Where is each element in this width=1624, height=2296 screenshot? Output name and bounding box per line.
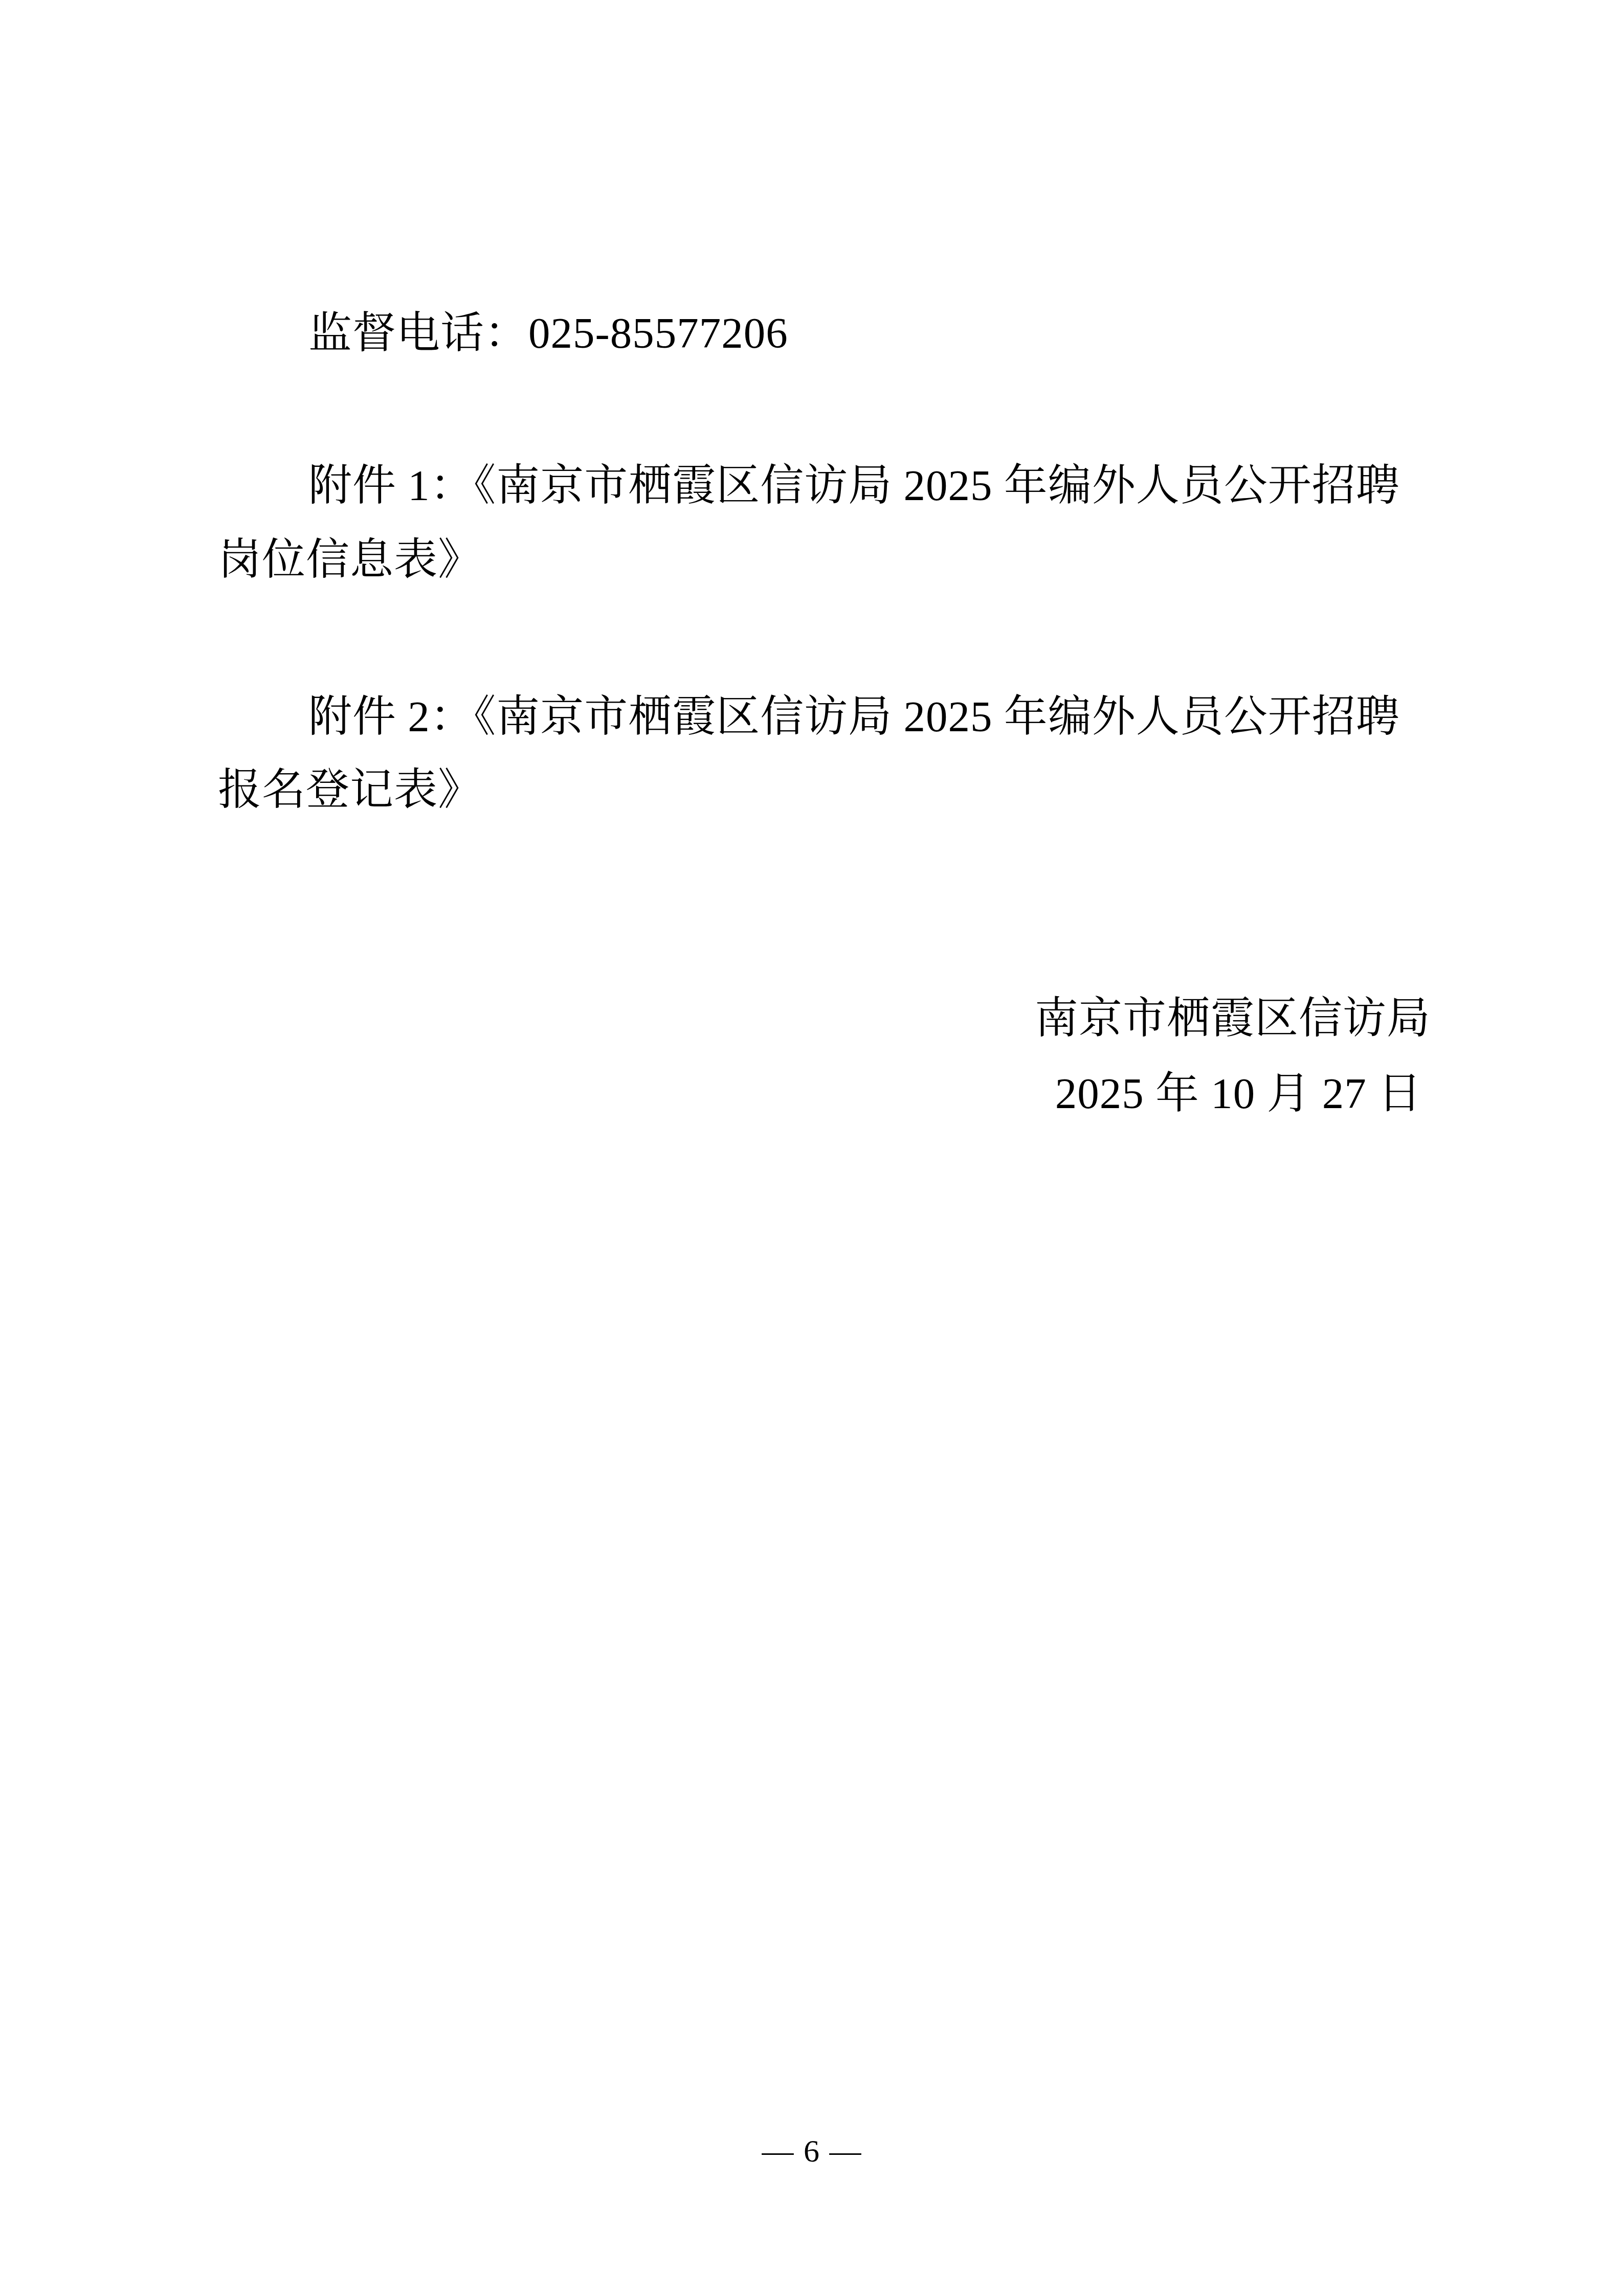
- page-number: — 6 —: [0, 2135, 1624, 2167]
- issuing-authority-signature: 南京市栖霞区信访局: [1035, 997, 1431, 1041]
- attachment1-line1: 附件 1：《南京市栖霞区信访局 2025 年编外人员公开招聘: [308, 464, 1400, 508]
- document-date: 2025 年 10 月 27 日: [1055, 1072, 1422, 1116]
- document-page: 监督电话：025-85577206 附件 1：《南京市栖霞区信访局 2025 年…: [0, 0, 1624, 2296]
- attachment2-line1: 附件 2：《南京市栖霞区信访局 2025 年编外人员公开招聘: [308, 695, 1400, 739]
- attachment2-line2: 报名登记表》: [218, 769, 482, 812]
- supervision-phone-line: 监督电话：025-85577206: [308, 312, 788, 355]
- attachment1-line2: 岗位信息表》: [218, 538, 482, 582]
